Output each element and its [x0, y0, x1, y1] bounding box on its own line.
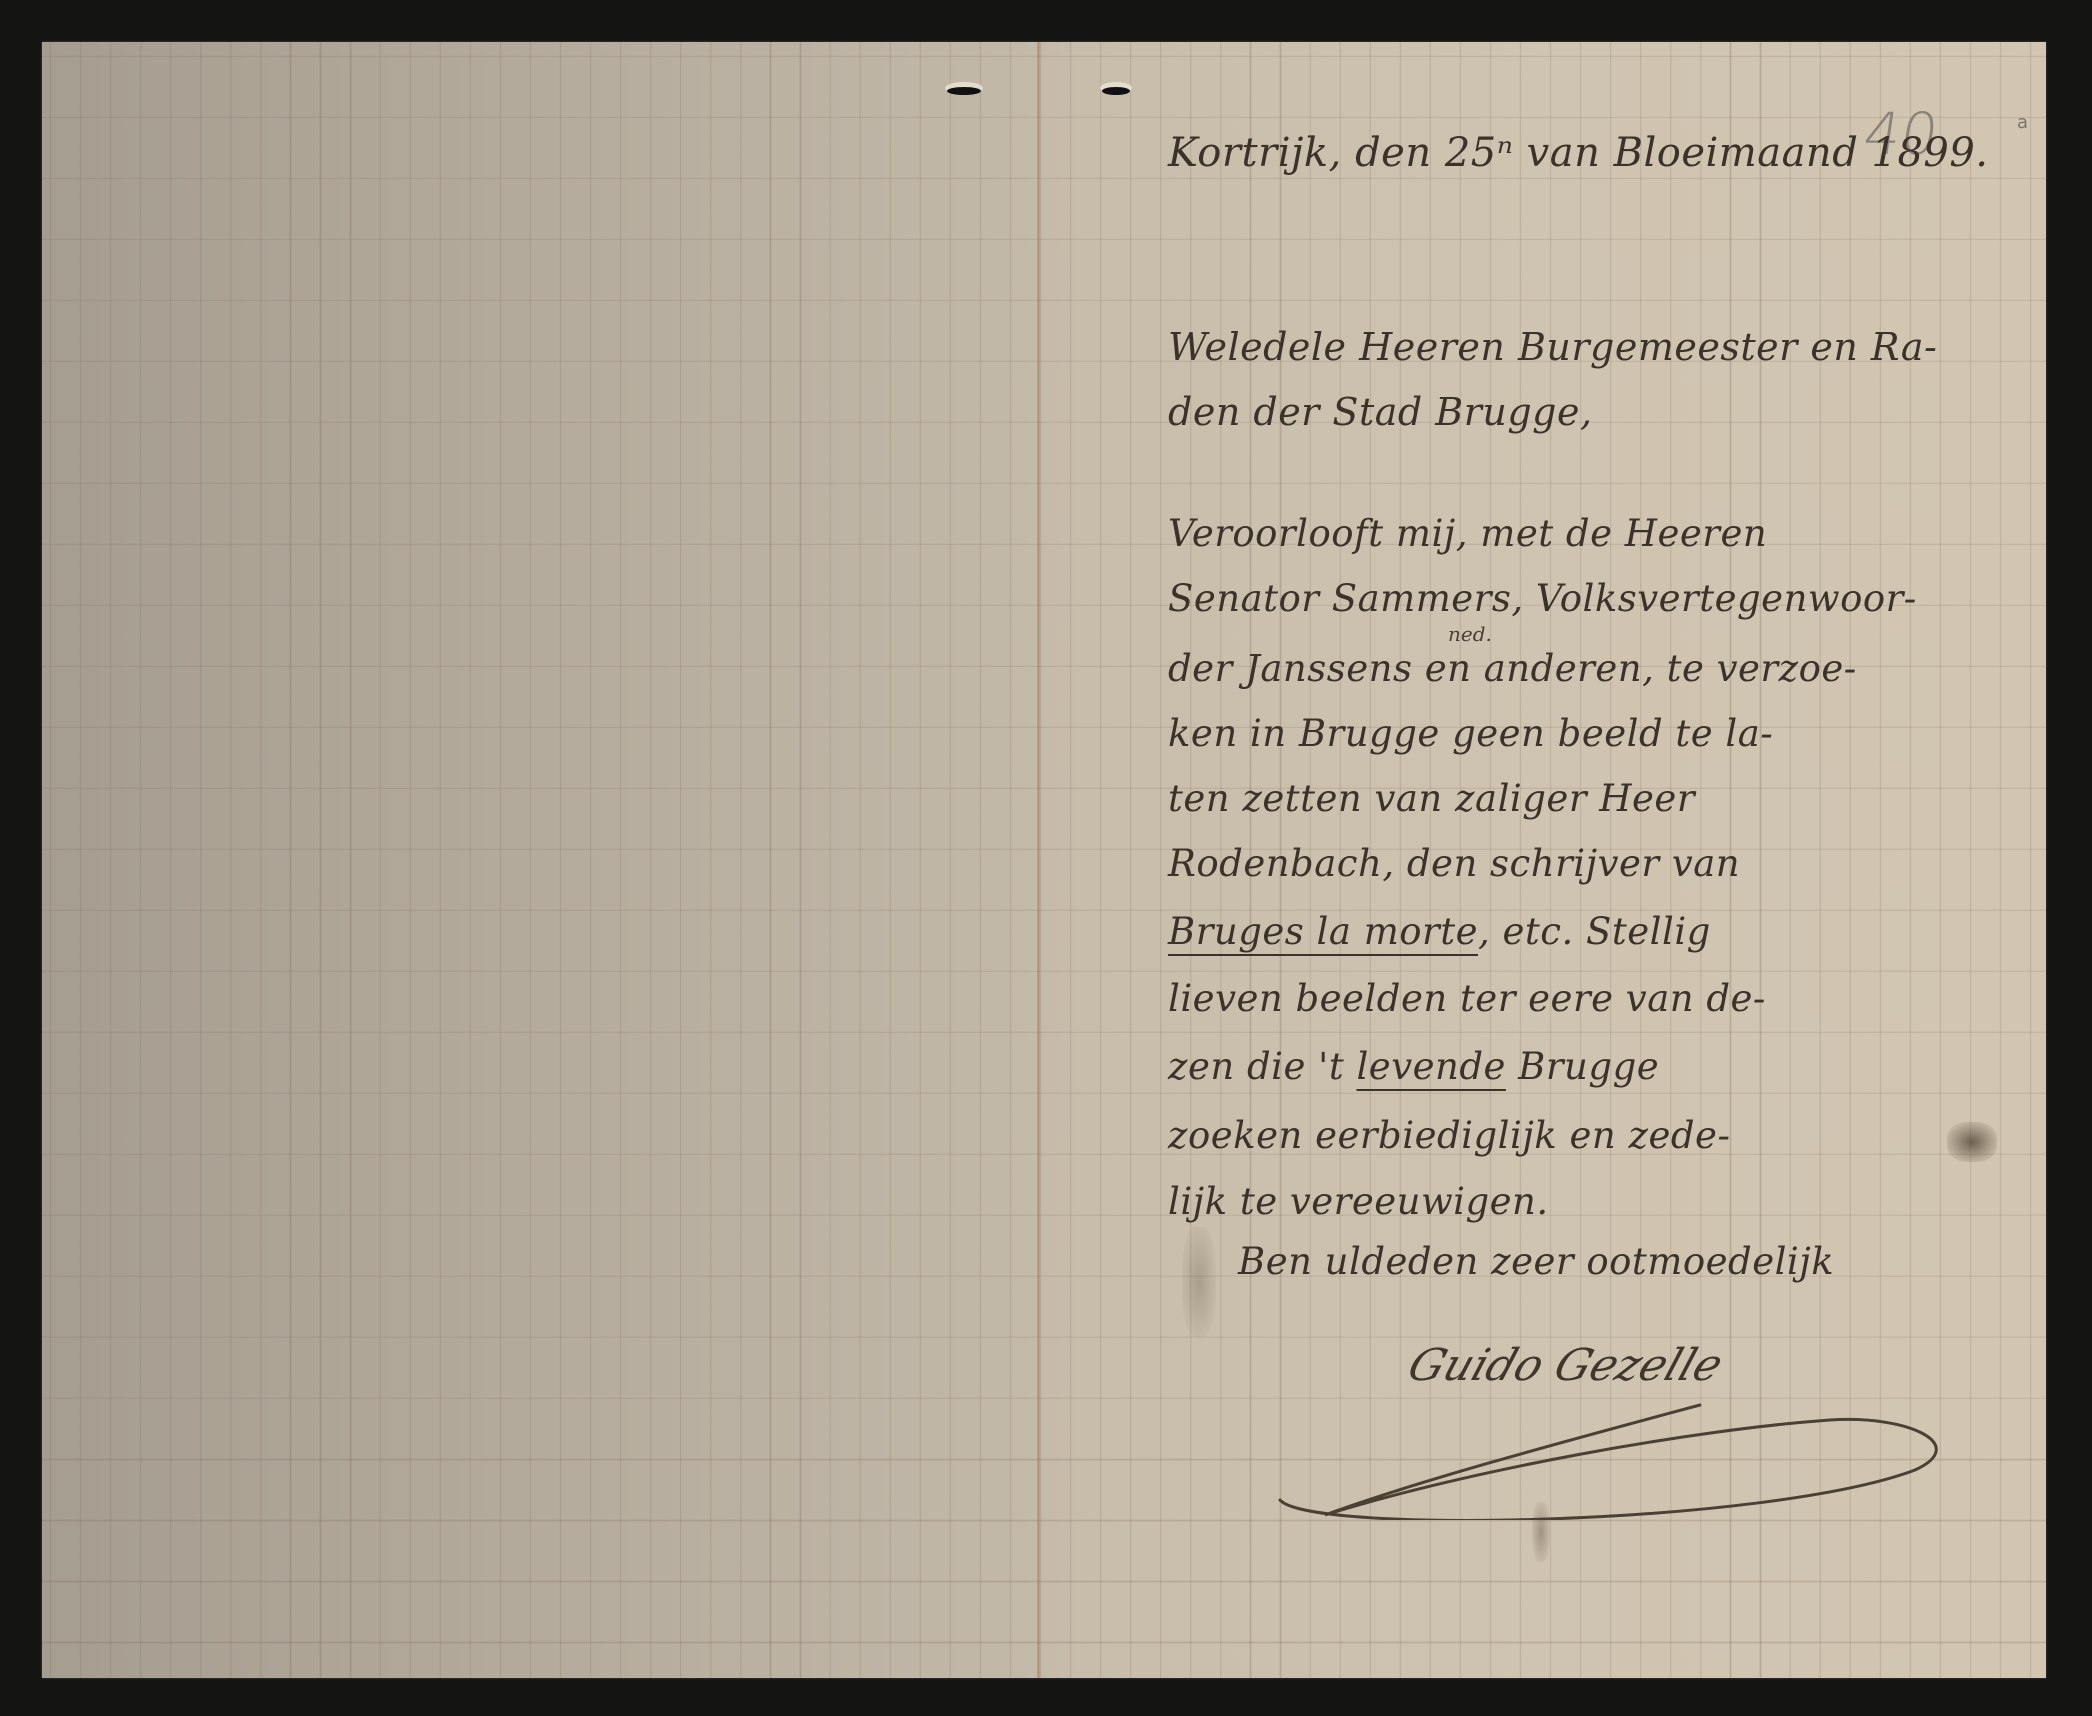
- body-line-9: zen die 't levende Brugge: [1168, 1045, 1659, 1088]
- body-line-12: Ben uldeden zeer ootmoedelijk: [1238, 1240, 1834, 1283]
- body-line-10: zoeken eerbiediglijk en zede-: [1168, 1114, 1730, 1157]
- letter-sheet: 40 a Kortrijk, den 25ⁿ van Bloeimaand 18…: [42, 42, 2046, 1678]
- body-line-7: Bruges la morte, etc. Stellig: [1168, 910, 1711, 953]
- underlined-title: Bruges la morte: [1168, 910, 1478, 953]
- body-line-3: der Janssens en anderen, te verzoe-: [1168, 647, 1857, 690]
- center-fold: [1037, 42, 1040, 1678]
- ink-smudge: [1182, 1227, 1216, 1337]
- body-line-8: lieven beelden ter eere van de-: [1168, 977, 1766, 1020]
- body-line-9-start: zen die 't: [1168, 1045, 1356, 1088]
- body-line-5: ten zetten van zaliger Heer: [1168, 777, 1695, 820]
- underlined-word: levende: [1356, 1045, 1505, 1088]
- body-line-7-rest: , etc. Stellig: [1478, 910, 1711, 953]
- salutation-line-2: den der Stad Brugge,: [1168, 390, 1593, 434]
- body-line-2: Senator Sammers, Volksvertegenwoor-: [1168, 577, 1917, 620]
- signature-block: Guido Gezelle: [1270, 1320, 1970, 1520]
- folio-suffix: a: [2017, 112, 2028, 133]
- body-line-1: Veroorlooft mij, met de Heeren: [1168, 512, 1767, 555]
- punch-hole-right: [1102, 87, 1130, 95]
- ink-blot: [1947, 1122, 1997, 1162]
- body-line-9-end: Brugge: [1506, 1045, 1659, 1088]
- handwritten-insertion: ned.: [1448, 622, 1492, 646]
- body-line-11: lijk te vereeuwigen.: [1168, 1180, 1549, 1223]
- body-line-4: ken in Brugge geen beeld te la-: [1168, 712, 1773, 755]
- punch-hole-left: [947, 87, 981, 95]
- dateline: Kortrijk, den 25ⁿ van Bloeimaand 1899.: [1168, 130, 1989, 176]
- body-line-6: Rodenbach, den schrijver van: [1168, 842, 1740, 885]
- salutation-line-1: Weledele Heeren Burgemeester en Ra-: [1168, 325, 1937, 369]
- signature-flourish-icon: [1270, 1320, 1970, 1520]
